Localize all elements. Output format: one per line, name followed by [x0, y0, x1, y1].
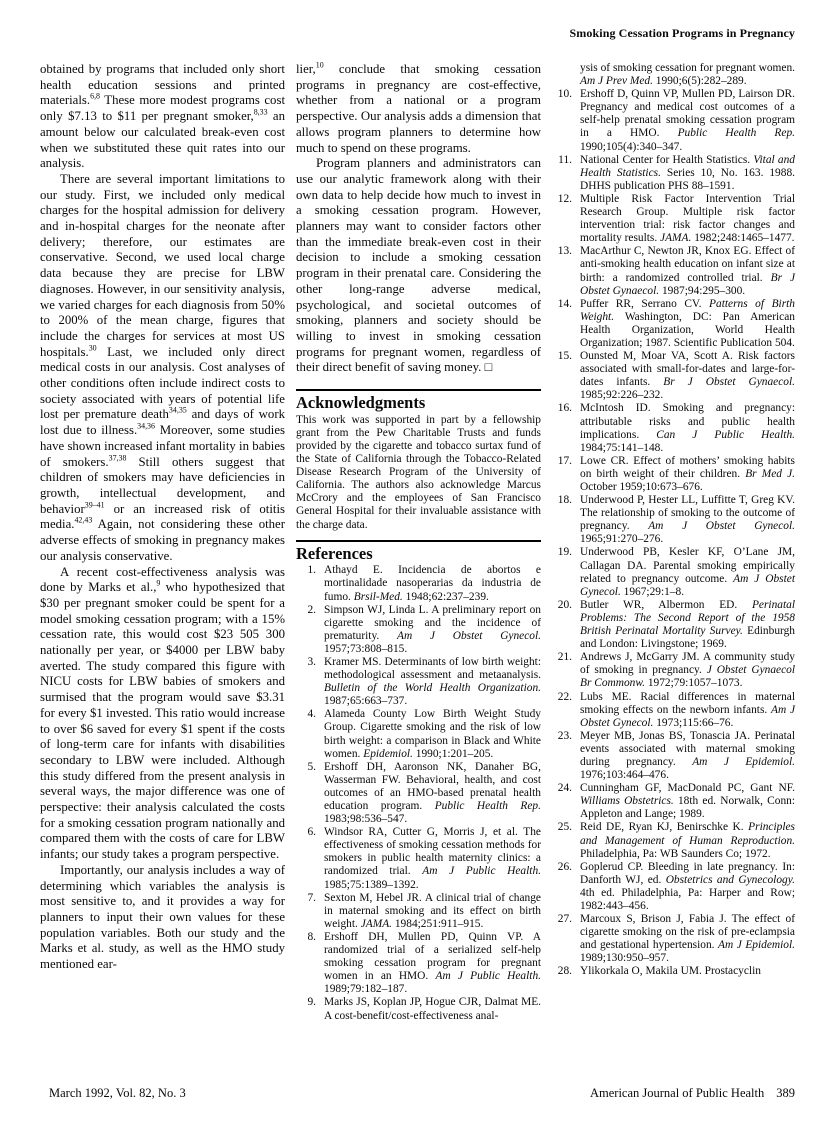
reference-number: 22. — [552, 691, 572, 704]
paragraph: A recent cost-effectiveness analysis was… — [40, 565, 285, 863]
reference-number: 25. — [552, 821, 572, 834]
reference-item: 26.Goplerud CP. Bleeding in late pregnan… — [552, 861, 795, 913]
reference-number: 27. — [552, 913, 572, 926]
paragraph: obtained by programs that included only … — [40, 62, 285, 172]
reference-continuation: ysis of smoking cessation for pregnant w… — [552, 62, 795, 88]
reference-number: 16. — [552, 402, 572, 415]
reference-number: 26. — [552, 861, 572, 874]
references-heading: References — [296, 546, 541, 562]
reference-item: 28.Ylikorkala O, Makila UM. Prostacyclin — [552, 965, 795, 978]
reference-number: 5. — [296, 761, 316, 774]
reference-number: 7. — [296, 892, 316, 905]
footer-journal-name: American Journal of Public Health — [590, 1086, 764, 1100]
reference-item: 16.McIntosh ID. Smoking and pregnancy: a… — [552, 402, 795, 454]
reference-number: 2. — [296, 604, 316, 617]
right-column: ysis of smoking cessation for pregnant w… — [552, 62, 795, 979]
acknowledgments-rule — [296, 389, 541, 391]
reference-number: 1. — [296, 564, 316, 577]
middle-column: lier,10 conclude that smoking cessation … — [296, 62, 541, 1023]
reference-number: 20. — [552, 599, 572, 612]
reference-item: 7.Sexton M, Hebel JR. A clinical trial o… — [296, 892, 541, 931]
reference-item: 5.Ershoff DH, Aaronson NK, Danaher BG, W… — [296, 761, 541, 826]
reference-item: 18.Underwood P, Hester LL, Luffitte T, G… — [552, 494, 795, 546]
left-column: obtained by programs that included only … — [40, 62, 285, 973]
reference-number: 14. — [552, 298, 572, 311]
reference-item: 25.Reid DE, Ryan KJ, Benirschke K. Princ… — [552, 821, 795, 860]
reference-item: 9.Marks JS, Koplan JP, Hogue CJR, Dalmat… — [296, 996, 541, 1022]
reference-item: 21.Andrews J, McGarry JM. A community st… — [552, 651, 795, 690]
reference-number: 6. — [296, 826, 316, 839]
reference-number: 23. — [552, 730, 572, 743]
paragraph: There are several important limitations … — [40, 172, 285, 565]
reference-item: 27.Marcoux S, Brison J, Fabia J. The eff… — [552, 913, 795, 965]
references-list-1-9: 1.Athayd E. Incidencia de abortos e mort… — [296, 564, 541, 1022]
footer-issue: March 1992, Vol. 82, No. 3 — [49, 1086, 186, 1101]
reference-item: 4.Alameda County Low Birth Weight Study … — [296, 708, 541, 760]
reference-number: 19. — [552, 546, 572, 559]
reference-item: 14.Puffer RR, Serrano CV. Patterns of Bi… — [552, 298, 795, 350]
reference-number: 9. — [296, 996, 316, 1009]
acknowledgments-heading: Acknowledgments — [296, 395, 541, 411]
middle-column-paragraphs: lier,10 conclude that smoking cessation … — [296, 62, 541, 376]
reference-item: 17.Lowe CR. Effect of mothers’ smoking h… — [552, 455, 795, 494]
reference-number: 21. — [552, 651, 572, 664]
footer-journal: American Journal of Public Health389 — [590, 1086, 795, 1101]
reference-item: 11.National Center for Health Statistics… — [552, 154, 795, 193]
reference-number: 8. — [296, 931, 316, 944]
reference-item: 20.Butler WR, Albermon ED. Perinatal Pro… — [552, 599, 795, 651]
reference-number: 4. — [296, 708, 316, 721]
running-head: Smoking Cessation Programs in Pregnancy — [570, 26, 795, 41]
reference-number: 24. — [552, 782, 572, 795]
paragraph: Importantly, our analysis includes a way… — [40, 863, 285, 973]
paragraph: Program planners and administrators can … — [296, 156, 541, 376]
reference-number: 11. — [552, 154, 572, 167]
reference-number: 10. — [552, 88, 572, 101]
reference-item: 22.Lubs ME. Racial differences in matern… — [552, 691, 795, 730]
reference-number: 15. — [552, 350, 572, 363]
paragraph: lier,10 conclude that smoking cessation … — [296, 62, 541, 156]
reference-item: 23.Meyer MB, Jonas BS, Tonascia JA. Peri… — [552, 730, 795, 782]
reference-item: 12.Multiple Risk Factor Intervention Tri… — [552, 193, 795, 245]
reference-item: 13.MacArthur C, Newton JR, Knox EG. Effe… — [552, 245, 795, 297]
reference-number: 18. — [552, 494, 572, 507]
reference-item: 24.Cunningham GF, MacDonald PC, Gant NF.… — [552, 782, 795, 821]
reference-number: 12. — [552, 193, 572, 206]
reference-number: 13. — [552, 245, 572, 258]
reference-item: 3.Kramer MS. Determinants of low birth w… — [296, 656, 541, 708]
reference-item: 10.Ershoff D, Quinn VP, Mullen PD, Lairs… — [552, 88, 795, 153]
reference-item: 15.Ounsted M, Moar VA, Scott A. Risk fac… — [552, 350, 795, 402]
references-rule — [296, 540, 541, 542]
references-list-10-28: 10.Ershoff D, Quinn VP, Mullen PD, Lairs… — [552, 88, 795, 978]
reference-item: 8.Ershoff DH, Mullen PD, Quinn VP. A ran… — [296, 931, 541, 996]
reference-item: 6.Windsor RA, Cutter G, Morris J, et al.… — [296, 826, 541, 891]
reference-item: 2.Simpson WJ, Linda L. A preliminary rep… — [296, 604, 541, 656]
footer-page-number: 389 — [776, 1086, 795, 1100]
reference-number: 17. — [552, 455, 572, 468]
acknowledgments-body: This work was supported in part by a fel… — [296, 414, 541, 532]
reference-number: 3. — [296, 656, 316, 669]
journal-page: Smoking Cessation Programs in Pregnancy … — [0, 0, 816, 1124]
reference-item: 1.Athayd E. Incidencia de abortos e mort… — [296, 564, 541, 603]
reference-item: 19.Underwood PB, Kesler KF, O’Lane JM, C… — [552, 546, 795, 598]
reference-number: 28. — [552, 965, 572, 978]
